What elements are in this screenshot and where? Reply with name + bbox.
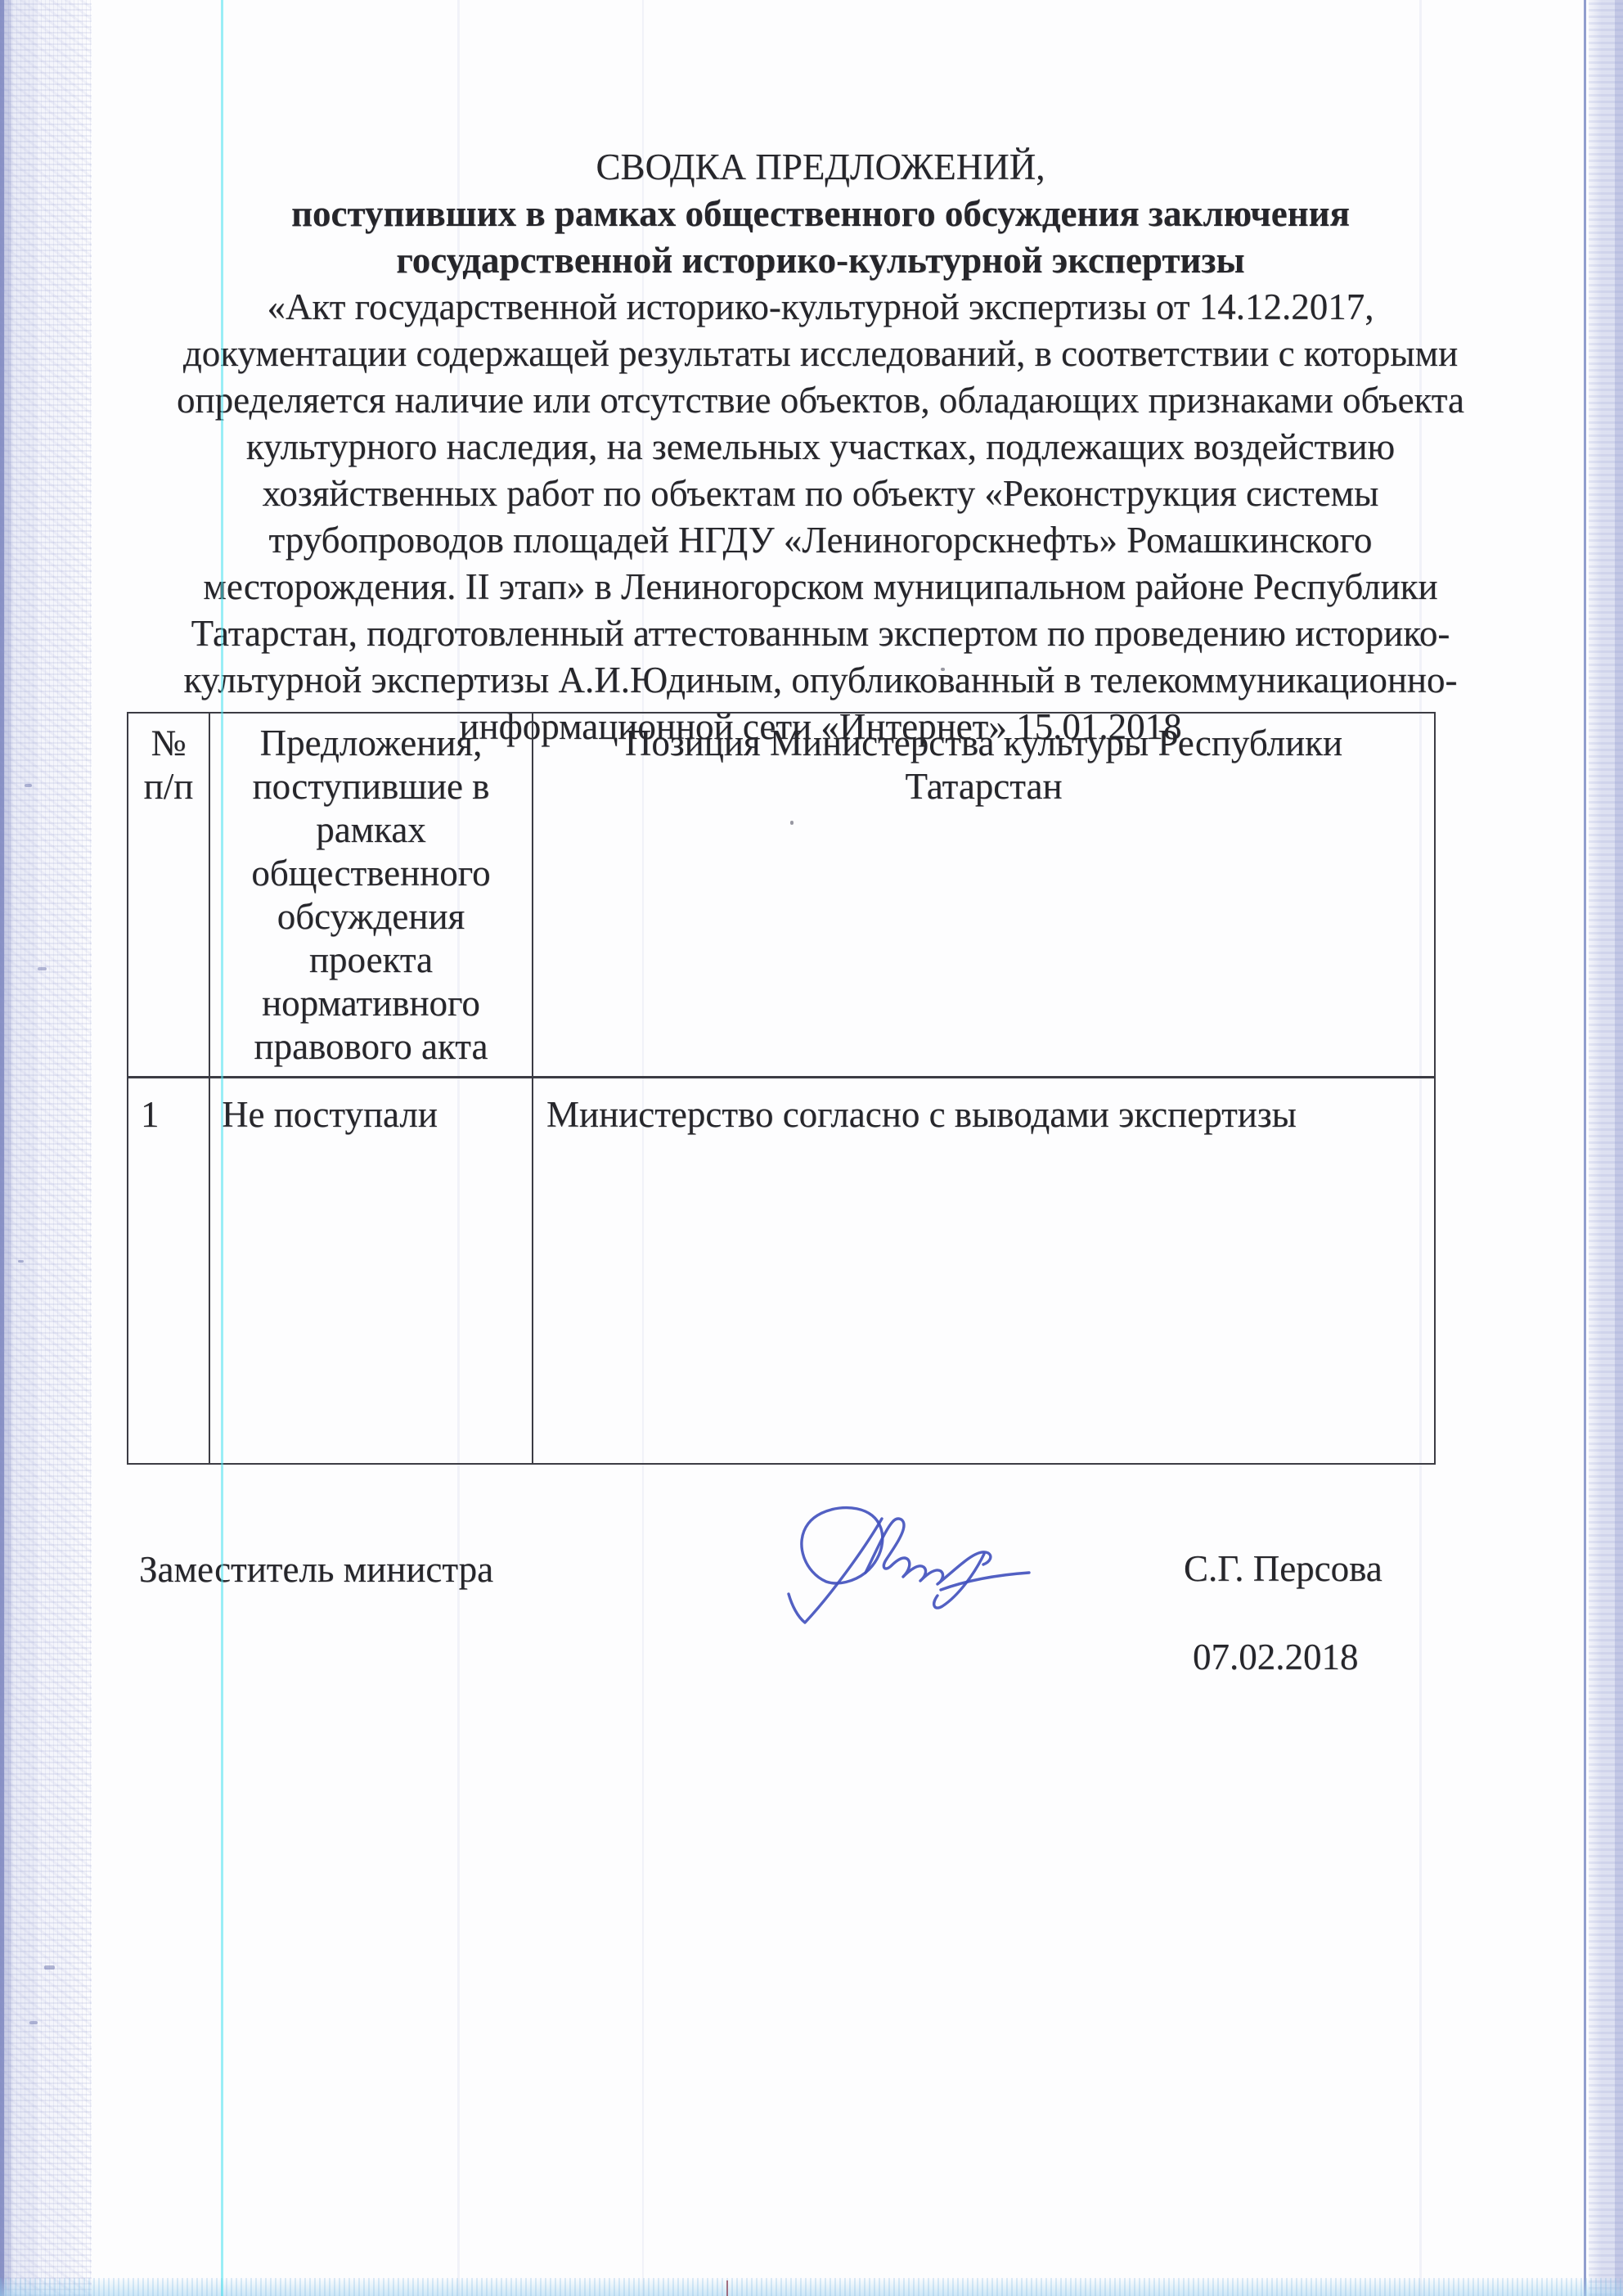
paragraph-line: «Акт государственной историко-культурной… <box>124 284 1517 331</box>
header-line: п/п <box>129 765 208 808</box>
scan-speck <box>38 967 47 970</box>
scan-noise-left-edge <box>0 0 92 2296</box>
table-header-row: № п/п Предложения, поступившие в рамках … <box>128 713 1435 1078</box>
row-position-cell: Министерство согласно с выводами эксперт… <box>533 1078 1435 1465</box>
scanned-document-page: СВОДКА ПРЕДЛОЖЕНИЙ, поступивших в рамках… <box>0 0 1623 2296</box>
paragraph-line: Татарстан, подготовленный аттестованным … <box>124 610 1517 657</box>
document-subtitle-line: поступивших в рамках общественного обсуж… <box>124 191 1517 237</box>
header-line: № <box>129 722 208 765</box>
column-header-ministry-position: Позиция Министерства культуры Республики… <box>533 713 1435 1078</box>
header-line: поступившие в <box>211 765 531 808</box>
column-header-proposals: Предложения, поступившие в рамках общест… <box>209 713 533 1078</box>
scan-right-fold-line <box>1584 0 1586 2296</box>
table-row: 1 Не поступали Министерство согласно с в… <box>128 1078 1435 1465</box>
document-subtitle-line: государственной историко-культурной эксп… <box>124 237 1517 284</box>
scan-speck <box>29 2021 38 2024</box>
document-title: СВОДКА ПРЕДЛОЖЕНИЙ, <box>124 144 1517 191</box>
header-line: обсуждения <box>211 895 531 939</box>
signatory-name: С.Г. Персова <box>1184 1546 1382 1591</box>
paragraph-line: культурной экспертизы А.И.Юдиным, опубли… <box>124 657 1517 704</box>
proposals-summary-table: № п/п Предложения, поступившие в рамках … <box>127 712 1436 1465</box>
paragraph-line: хозяйственных работ по объектам по объек… <box>124 470 1517 517</box>
header-line: правового акта <box>211 1025 531 1069</box>
scan-speck <box>790 821 794 825</box>
header-line: проекта <box>211 939 531 982</box>
column-header-number: № п/п <box>128 713 209 1078</box>
document-header: СВОДКА ПРЕДЛОЖЕНИЙ, поступивших в рамках… <box>124 144 1517 750</box>
header-line: Предложения, <box>211 722 531 765</box>
paragraph-line: трубопроводов площадей НГДУ «Лениногорск… <box>124 517 1517 564</box>
scan-speck <box>44 1965 55 1970</box>
handwritten-signature-icon <box>708 1485 1051 1673</box>
paragraph-line: месторождения. II этап» в Лениногорском … <box>124 564 1517 610</box>
signatory-title: Заместитель министра <box>139 1546 493 1592</box>
header-line: общественного <box>211 852 531 895</box>
scan-speck <box>941 668 945 671</box>
header-line: нормативного <box>211 982 531 1025</box>
scan-speck <box>25 784 32 787</box>
row-number-cell: 1 <box>128 1078 209 1465</box>
paragraph-line: культурного наследия, на земельных участ… <box>124 424 1517 470</box>
paragraph-line: определяется наличие или отсутствие объе… <box>124 377 1517 424</box>
row-proposals-cell: Не поступали <box>209 1078 533 1465</box>
header-line: Позиция Министерства культуры Республики <box>534 722 1433 765</box>
header-line: рамках <box>211 808 531 852</box>
header-line: Татарстан <box>534 765 1433 808</box>
scan-noise-bottom-edge <box>0 2278 1623 2296</box>
scan-red-tick <box>726 2280 728 2296</box>
scan-noise-right-edge <box>1589 0 1623 2296</box>
scan-speck <box>18 1260 24 1263</box>
paragraph-line: документации содержащей результаты иссле… <box>124 331 1517 377</box>
signature-date: 07.02.2018 <box>1193 1634 1359 1680</box>
